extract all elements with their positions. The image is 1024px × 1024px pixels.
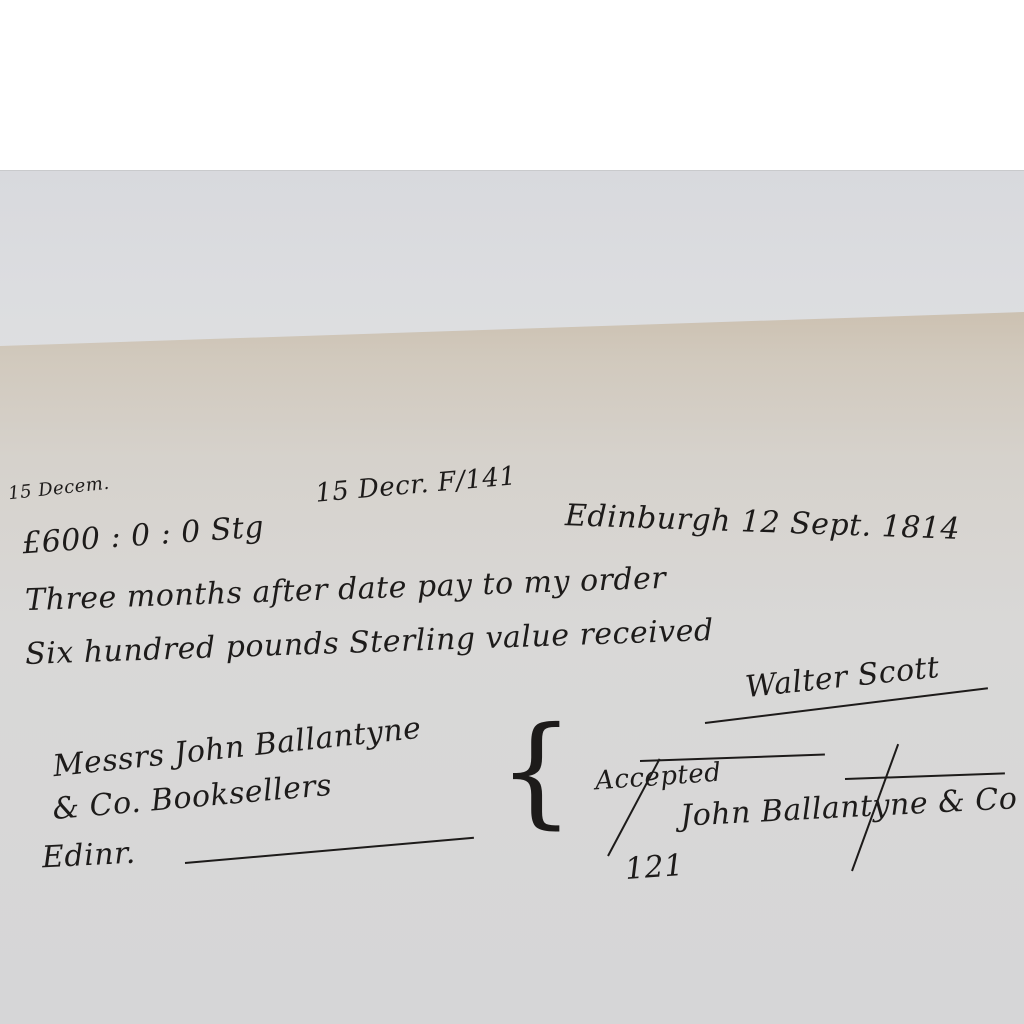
white-background	[0, 0, 1024, 170]
addressee-brace: {	[498, 712, 574, 832]
addressee-line-3: Edinr.	[41, 836, 136, 876]
folio-number: 121	[624, 848, 685, 887]
